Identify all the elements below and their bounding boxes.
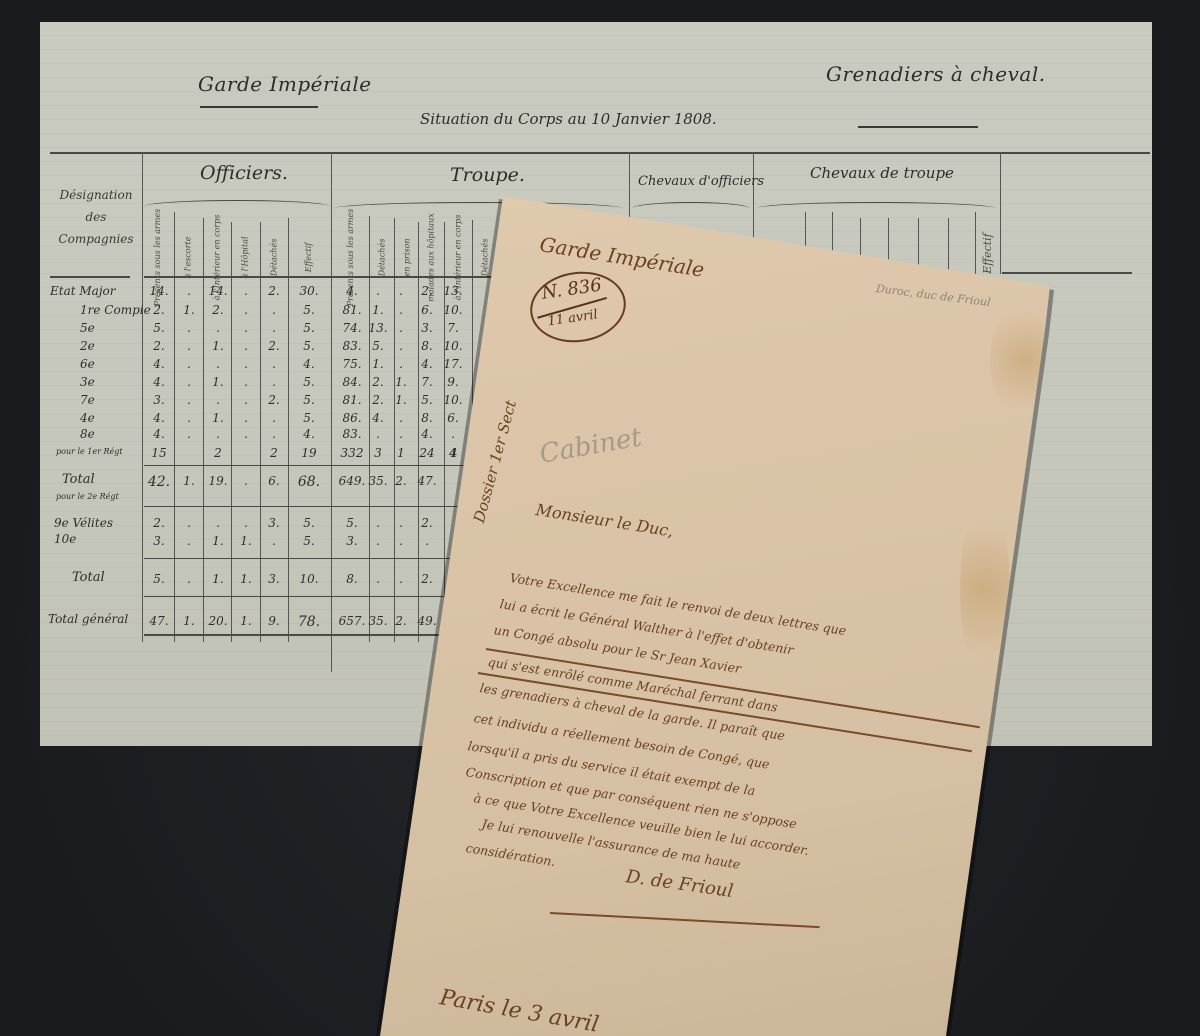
table-top-rule <box>50 152 1150 154</box>
sheet-title-left: Garde Impériale <box>198 72 372 96</box>
table-cell: 2 <box>198 446 238 460</box>
table-cell: 2. <box>254 284 294 298</box>
table-cell: 5. <box>289 321 329 335</box>
sheet-title-right: Grenadiers à cheval. <box>826 62 1046 86</box>
vline <box>948 218 949 278</box>
designation-rule <box>50 276 130 278</box>
column-header: à l'Intérieur en corps <box>206 222 228 292</box>
table-cell: 68. <box>289 474 329 490</box>
table-cell: 3. <box>254 572 294 586</box>
registry-stamp: N. 836 11 avril <box>526 266 631 349</box>
title-left-underline <box>200 106 318 108</box>
table-cell: 4. <box>289 357 329 371</box>
table-cell: 15 <box>139 446 179 460</box>
column-header: Présents sous les armes <box>340 222 362 292</box>
header-scroll-ornament <box>756 202 996 215</box>
table-cell: . <box>254 321 294 335</box>
column-header-text: à l'Hôpital <box>241 236 250 278</box>
table-cell: 2 <box>254 446 294 460</box>
table-cell: 2. <box>407 516 447 530</box>
margin-note: Dossier 1er Sect <box>470 398 520 524</box>
vline <box>753 152 754 242</box>
column-header: Détachés <box>371 222 393 292</box>
vline <box>1000 152 1001 274</box>
column-header-text: Détachés <box>481 238 490 276</box>
pencil-attribution: Duroc, duc de Frioul <box>875 282 991 309</box>
sheet-subtitle: Situation du Corps au 10 Janvier 1808. <box>420 110 717 128</box>
table-cell: . <box>254 427 294 441</box>
table-cell: 6. <box>254 474 294 488</box>
row-label: Etat Major <box>50 284 150 298</box>
group-header-officiers: Officiers. <box>200 162 288 184</box>
letter-line: considération. <box>465 840 557 869</box>
right-panel-rule <box>1002 272 1132 274</box>
table-cell: 47. <box>407 474 447 488</box>
column-header: à l'Intérieur en corps <box>447 222 469 292</box>
column-header: à l'Hôpital <box>234 222 256 292</box>
table-cell: 5. <box>289 411 329 425</box>
table-cell: 7. <box>433 321 473 335</box>
salutation: Monsieur le Duc, <box>535 500 675 541</box>
table-cell: 5. <box>289 516 329 530</box>
column-header: Effectif <box>298 222 320 292</box>
title-right-underline <box>858 126 978 128</box>
table-cell: 9. <box>254 614 294 628</box>
table-cell: 10. <box>433 339 473 353</box>
designation-header-line: Compagnies <box>48 228 144 250</box>
table-cell: . <box>254 357 294 371</box>
table-cell: 3. <box>254 516 294 530</box>
header-scroll-ornament <box>632 202 750 215</box>
header-scroll-ornament <box>144 200 330 213</box>
column-header-text: Détachés <box>378 238 387 276</box>
table-cell: 30. <box>289 284 329 298</box>
column-header: Présents sous les armes <box>147 222 169 292</box>
designation-header: Désignation des Compagnies <box>48 184 144 250</box>
table-cell: 2. <box>254 393 294 407</box>
column-header-text: à l'escorte <box>184 236 193 278</box>
table-cell: . <box>254 411 294 425</box>
column-header-text: Effectif <box>981 233 994 274</box>
designation-header-line: Désignation <box>48 184 144 206</box>
group-header-troupe: Troupe. <box>450 164 525 186</box>
row-label: Total général <box>48 612 148 626</box>
column-header: en prison <box>396 222 418 292</box>
group-header-chevaux-troupe: Chevaux de troupe <box>810 164 954 182</box>
table-cell: 5. <box>289 339 329 353</box>
column-header-text: en prison <box>403 238 412 276</box>
table-cell: 10. <box>433 303 473 317</box>
column-header-text: Effectif <box>305 242 314 271</box>
faint-annotation: Cabinet <box>537 422 644 469</box>
table-cell: . <box>254 375 294 389</box>
closing-place-date: Paris le 3 avril <box>438 985 601 1036</box>
column-header-text: Détachés <box>270 238 279 276</box>
signature-flourish <box>550 912 820 928</box>
table-cell: 13. <box>433 284 473 298</box>
table-cell: 5. <box>289 303 329 317</box>
table-cell: 5. <box>289 534 329 548</box>
table-cell: . <box>407 534 447 548</box>
column-header: malades aux hôpitaux <box>420 222 442 292</box>
table-cell: 9. <box>433 375 473 389</box>
table-cell: 5. <box>289 393 329 407</box>
underline-stroke <box>478 672 972 752</box>
table-cell: 19 <box>289 446 329 460</box>
column-header: à l'escorte <box>177 222 199 292</box>
signature: D. de Frioul <box>625 866 735 902</box>
table-cell: 17. <box>433 357 473 371</box>
table-cell: 2. <box>254 339 294 353</box>
table-cell: . <box>254 534 294 548</box>
designation-header-line: des <box>48 206 144 228</box>
column-header: Détachés <box>263 222 285 292</box>
table-cell: 2. <box>407 572 447 586</box>
table-cell: . <box>254 303 294 317</box>
table-cell: 10. <box>289 572 329 586</box>
table-cell: 4. <box>289 427 329 441</box>
table-cell: 5. <box>289 375 329 389</box>
table-cell: 78. <box>289 614 329 630</box>
table-cell: 10. <box>433 393 473 407</box>
group-header-chevaux-officiers: Chevaux d'officiers <box>638 174 764 189</box>
row-label: pour le 2e Régt <box>56 492 156 501</box>
